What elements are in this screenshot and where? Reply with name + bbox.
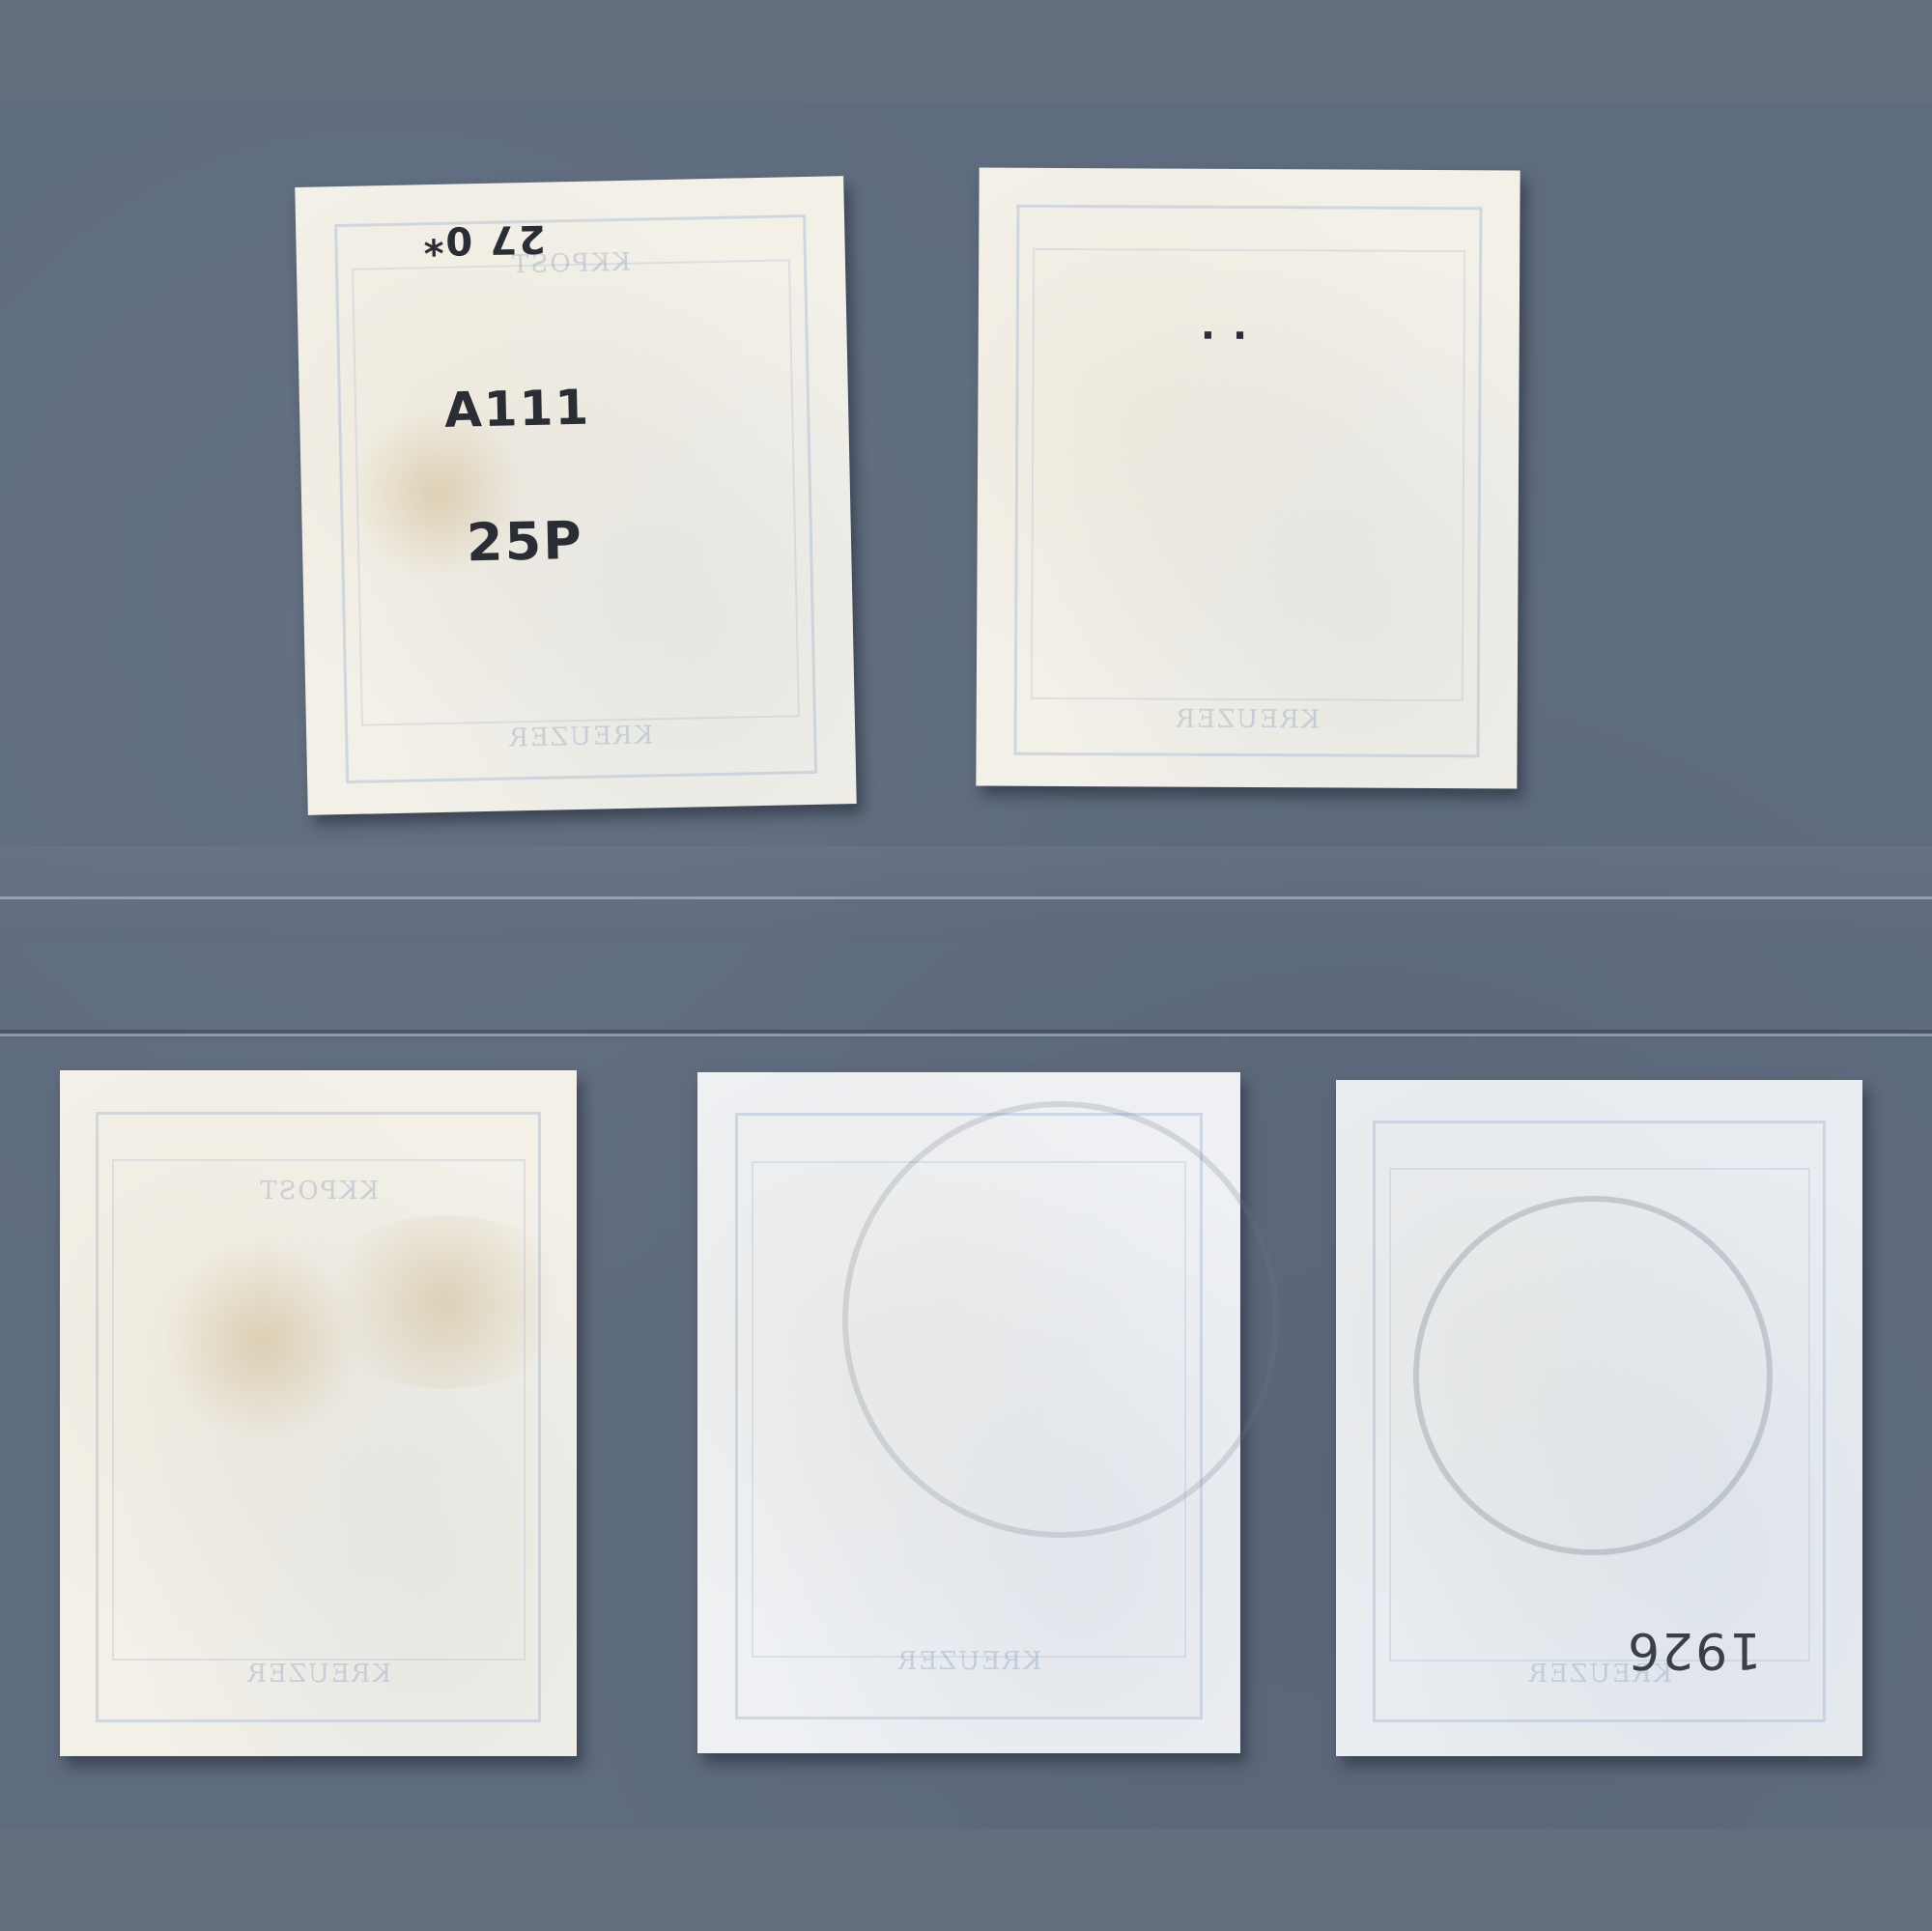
show-through-text: KKPOST (101, 1177, 535, 1206)
show-through-text: KREUZER (1019, 704, 1474, 735)
stamp-bottom-left: KKPOST KREUZER (60, 1070, 577, 1756)
show-through-text: KREUZER (741, 1647, 1197, 1676)
stamp-bottom-right: KREUZER 1926 (1336, 1080, 1862, 1756)
pencil-note: 27 0* (421, 216, 546, 264)
stamp-top-left: KKPOST KREUZER 27 0* A111 25P (295, 176, 856, 815)
stamp-bottom-middle: KREUZER (697, 1072, 1240, 1753)
stamp-top-right: KREUZER · · (976, 168, 1520, 789)
strip-edge (0, 1034, 1932, 1036)
toning-stain (166, 1235, 359, 1447)
strip-edge (0, 896, 1932, 899)
stockbook-strip (0, 846, 1932, 939)
pencil-note: 1926 (1626, 1621, 1761, 1679)
postmark-show-through (842, 1101, 1279, 1538)
pencil-note: · · (1201, 314, 1250, 358)
show-through-text: KREUZER (101, 1660, 535, 1689)
postmark-show-through (1413, 1196, 1773, 1555)
pencil-note: A111 (444, 380, 591, 439)
pencil-note: 25P (466, 510, 583, 574)
